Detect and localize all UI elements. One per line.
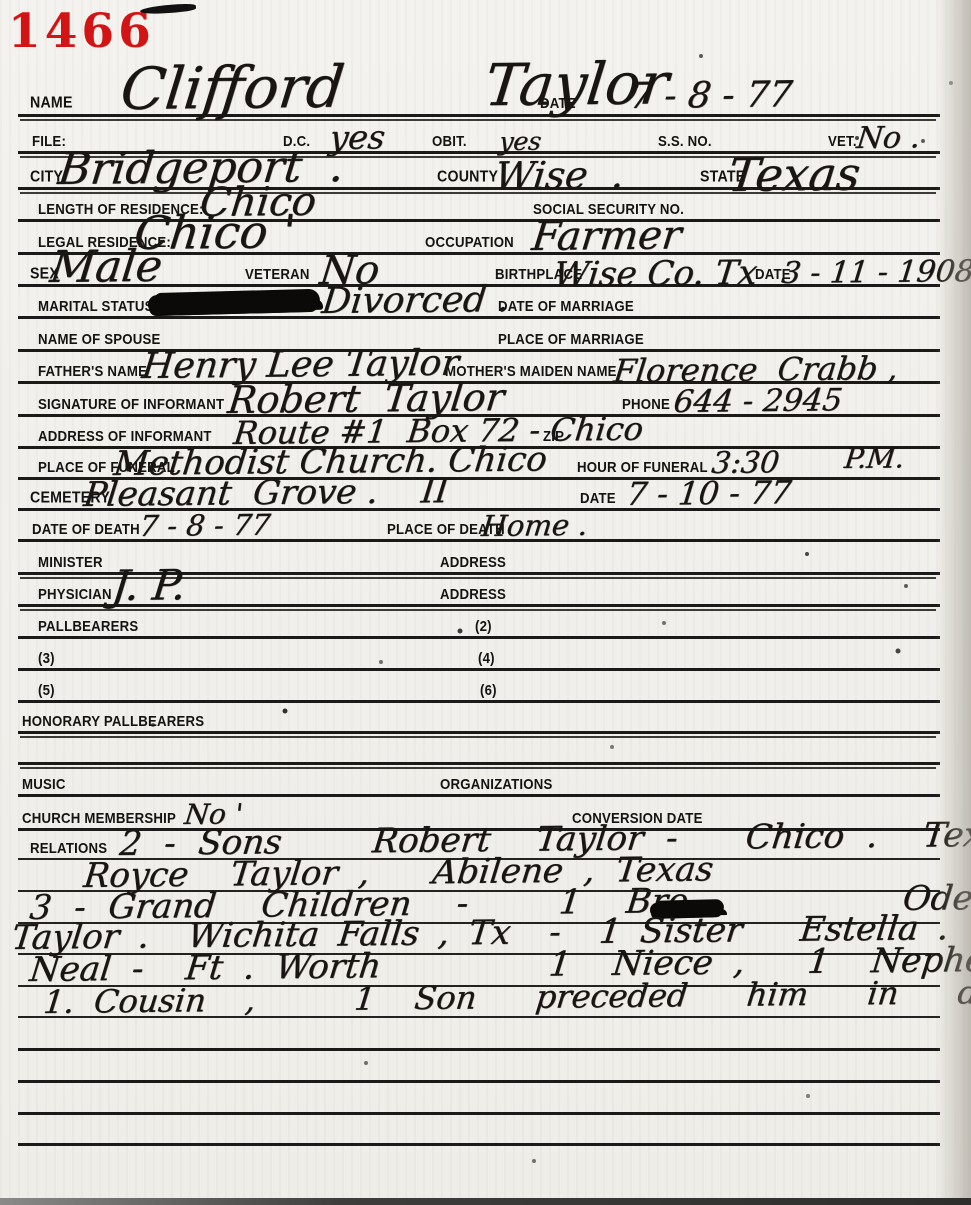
burial-date-label: DATE (580, 490, 616, 506)
veteran-label: VETERAN (245, 266, 310, 282)
rule-line (18, 1048, 940, 1051)
date-value: 7 - 8 - 77 (628, 78, 794, 114)
rule-line (18, 731, 940, 734)
relations-label: RELATIONS (30, 840, 107, 856)
rule-line (18, 1143, 940, 1146)
date-of-death-label: DATE OF DEATH (32, 521, 140, 537)
place-of-marriage-label: PLACE OF MARRIAGE (498, 331, 644, 347)
birthplace-value: Wise Co. Tx (552, 257, 759, 291)
rule-line (18, 794, 940, 797)
obit-label: OBIT. (432, 133, 467, 149)
minister-address-label: ADDRESS (440, 554, 506, 570)
physician-address-label: ADDRESS (440, 586, 506, 602)
sex-value: Male (48, 246, 164, 289)
marital-status-label: MARITAL STATUS (38, 298, 154, 314)
occupation-value: Farmer (530, 216, 683, 256)
record-number-stamp: 1466 (8, 4, 155, 59)
name-label: NAME (30, 95, 73, 112)
address-of-informant-label: ADDRESS OF INFORMANT (38, 428, 212, 444)
vet-value: No . (855, 124, 922, 153)
rule-line (18, 700, 940, 703)
phone-value: 644 - 2945 (672, 386, 844, 417)
rule-line (18, 636, 940, 639)
rule-line (18, 668, 940, 671)
pallbearer-2-label: (2) (475, 618, 492, 634)
burial-date-value: 7 - 10 - 77 (625, 477, 793, 509)
funeral-record-card: 1466 NAME DATE FILE: D.C. OBIT. S.S. NO.… (0, 0, 971, 1205)
ssno-label: S.S. NO. (658, 133, 712, 149)
death-place-value: Home . (480, 512, 589, 541)
county-label: COUNTY (437, 169, 498, 186)
signature-of-informant-label: SIGNATURE OF INFORMANT (38, 396, 224, 412)
pallbearer-3-label: (3) (38, 650, 55, 666)
rule-line (18, 1112, 940, 1115)
pallbearer-5-label: (5) (38, 682, 55, 698)
name-of-spouse-label: NAME OF SPOUSE (38, 331, 161, 347)
marital-status-value: Divorced . (320, 283, 511, 319)
music-label: MUSIC (22, 776, 66, 792)
rule-line (18, 762, 940, 765)
pallbearer-6-label: (6) (480, 682, 497, 698)
funeral-hour-ampm-value: P.M. (843, 445, 906, 472)
county-value: Wise . (493, 157, 626, 194)
page-edge-shadow (936, 0, 971, 1205)
honorary-pallbearers-label: HONORARY PALLBEARERS (22, 713, 204, 729)
physician-label: PHYSICIAN (38, 586, 112, 602)
mothers-maiden-name-value: Florence Crabb , (612, 353, 900, 386)
death-date-value: 7 - 8 - 77 (138, 512, 272, 541)
state-value: Texas (726, 153, 862, 198)
fathers-name-label: FATHER'S NAME (38, 363, 147, 379)
scan-bottom-edge (0, 1198, 971, 1205)
pallbearer-4-label: (4) (478, 650, 495, 666)
physician-value: J. P. (110, 565, 188, 606)
organizations-label: ORGANIZATIONS (440, 776, 553, 792)
rule-line (18, 1080, 940, 1083)
minister-label: MINISTER (38, 554, 103, 570)
paper-specks (0, 0, 2, 2)
pallbearers-label: PALLBEARERS (38, 618, 138, 634)
occupation-label: OCCUPATION (425, 234, 514, 250)
cemetery-value: Pleasant Grove . II (82, 475, 450, 511)
marital-status-scribble (148, 291, 318, 316)
date-of-marriage-label: DATE OF MARRIAGE (498, 298, 634, 314)
relations-line: 1. Cousin , 1 Son preceded him in death (42, 976, 971, 1017)
hour-of-funeral-label: HOUR OF FUNERAL (577, 459, 708, 475)
obit-value: yes (498, 130, 542, 154)
birthdate-value: 3 - 11 - 1908 (780, 258, 971, 289)
name-value: Clifford Taylor (118, 56, 671, 117)
